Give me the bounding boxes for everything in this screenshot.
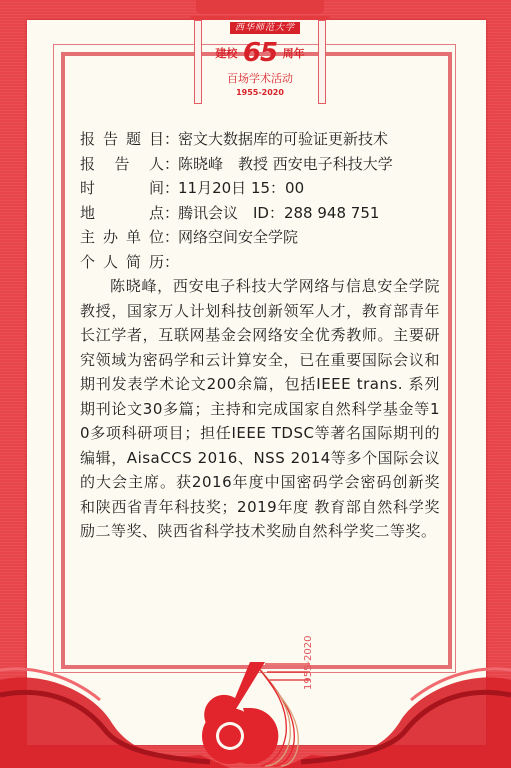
anniversary-prefix: 建校	[215, 47, 237, 60]
anniversary-number: 65	[243, 38, 277, 68]
anniversary-years: 1955-2020	[204, 88, 316, 97]
talk-location: 腾讯会议 ID：288 948 751	[178, 201, 379, 226]
anniversary-crest: 西华师范大学 建校 65 周年 百场学术活动 1955-2020	[190, 0, 330, 108]
detail-location: 地点：腾讯会议 ID：288 948 751	[80, 201, 440, 226]
talk-details: 报告题目：密文大数据库的可验证更新技术 报告人：陈晓峰 教授 西安电子科技大学 …	[80, 127, 440, 544]
detail-organizer: 主办单位：网络空间安全学院	[80, 225, 440, 250]
detail-time: 时间：11月20日 15：00	[80, 176, 440, 201]
anniversary-title: 建校 65 周年	[204, 38, 316, 68]
anniversary-65-logo-icon	[195, 658, 315, 768]
gate-pillar-icon	[194, 20, 202, 104]
gate-roof-icon	[196, 0, 324, 14]
footer-years: 1955-2020	[303, 635, 314, 690]
speaker-bio: 陈晓峰，西安电子科技大学网络与信息安全学院教授，国家万人计划科技创新领军人才，教…	[80, 274, 440, 544]
detail-title: 报告题目：密文大数据库的可验证更新技术	[80, 127, 440, 152]
talk-time: 11月20日 15：00	[178, 176, 304, 201]
talk-title: 密文大数据库的可验证更新技术	[178, 127, 388, 152]
speaker: 陈晓峰 教授 西安电子科技大学	[178, 152, 393, 177]
gate-pillar-icon	[318, 20, 326, 104]
anniversary-suffix: 周年	[283, 47, 305, 60]
university-name: 西华师范大学	[230, 22, 300, 34]
detail-speaker: 报告人：陈晓峰 教授 西安电子科技大学	[80, 152, 440, 177]
gate-beam-icon	[190, 16, 330, 20]
detail-bio-heading: 个人简历：	[80, 250, 440, 275]
event-series: 百场学术活动	[204, 70, 316, 86]
organizer: 网络空间安全学院	[178, 225, 298, 250]
